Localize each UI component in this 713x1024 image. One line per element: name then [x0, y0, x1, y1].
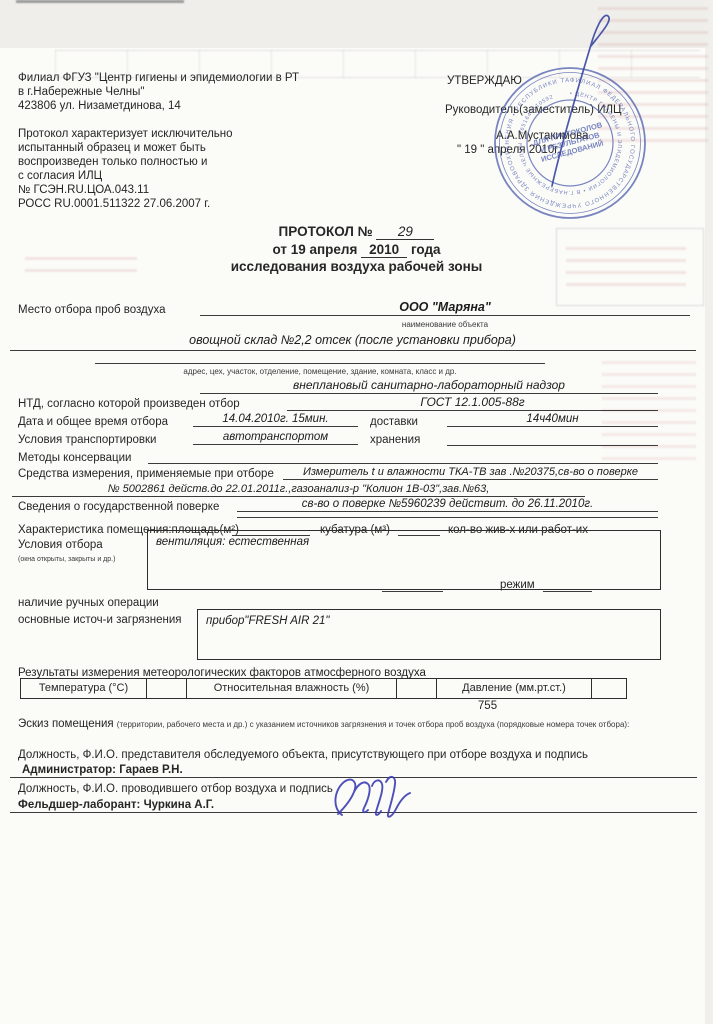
object-caption: адрес, цех, участок, отделение, помещени…	[95, 367, 545, 376]
meteo-col-temperature: Температура (°С)	[21, 679, 146, 698]
meteo-table: Температура (°С) Относительная влажность…	[20, 678, 627, 699]
sketch-label: Эскиз помещения	[18, 718, 114, 730]
verification-label: Сведения о государственной поверке	[18, 500, 219, 514]
meteo-cell-humidity-value	[396, 679, 436, 698]
datetime-value: 14.04.2010г. 15мин.	[193, 413, 358, 427]
place-label: Место отбора проб воздуха	[18, 303, 166, 317]
place-caption: наименование объекта	[200, 320, 690, 329]
datetime-label: Дата и общее время отбора	[18, 415, 168, 429]
sampler-label: Должность, Ф.И.О. проводившего отбор воз…	[18, 782, 333, 796]
supervision-value: внеплановый санитарно-лабораторный надзо…	[200, 378, 658, 394]
protocol-subject: исследования воздуха рабочей зоны	[0, 259, 713, 274]
sketch-row: Эскиз помещения (территории, рабочего ме…	[18, 717, 629, 732]
protocol-number: 29	[376, 224, 434, 240]
transport-label: Условия транспортировки	[18, 433, 156, 447]
org-line: воспроизведен только полностью и	[18, 155, 207, 169]
signature-churkina	[328, 770, 428, 820]
conditions-value: вентиляция: естественная	[156, 535, 309, 549]
transport-value: автотранспортом	[193, 431, 358, 445]
conservation-label: Методы консервации	[18, 451, 131, 465]
protocol-date-prefix: от 19 апреля	[272, 242, 357, 257]
instruments-value: Измеритель t и влажности ТКА-ТВ зав .№20…	[283, 466, 658, 480]
representative-value: Администратор: Гараев Р.Н.	[22, 763, 183, 777]
org-line: испытанный образец и может быть	[18, 141, 206, 155]
org-line: с согласия ИЛЦ	[18, 169, 102, 183]
instruments-label: Средства измерения, применяемые при отбо…	[18, 467, 274, 481]
delivery-label: доставки	[370, 415, 418, 429]
rule-line	[237, 517, 658, 518]
rule-line	[543, 591, 592, 592]
pen-stroke	[488, 0, 652, 195]
mode-label: режим	[500, 578, 535, 592]
object-value: овощной склад №2,2 отсек (после установк…	[10, 333, 695, 347]
instruments-value2: № 5002861 действ.до 22.01.2011г.,газоана…	[12, 483, 585, 497]
protocol-title-line1: ПРОТОКОЛ № 29	[0, 224, 713, 240]
protocol-title-line2: от 19 апреля 2010 года	[0, 242, 713, 257]
protocol-label: ПРОТОКОЛ №	[279, 224, 373, 239]
scan-right-edge	[705, 0, 713, 1024]
protocol-year: 2010	[361, 242, 407, 258]
manual-ops-label: наличие ручных операции	[18, 596, 159, 610]
storage-label: хранения	[370, 433, 420, 447]
org-line: Протокол характеризует исключительно	[18, 127, 233, 141]
rule-line	[10, 350, 696, 351]
meteo-col-pressure: Давление (мм.рт.ст.)	[436, 679, 591, 698]
verification-value: св-во о поверке №5960239 действит. до 26…	[237, 498, 658, 512]
meteo-cell-pressure-value	[591, 679, 626, 698]
place-value: ООО "Маряна"	[200, 300, 690, 316]
org-line: 423806 ул. Низаметдинова, 14	[18, 99, 181, 113]
meteo-col-humidity: Относительная влажность (%)	[186, 679, 396, 698]
conditions-caption: (окна открыты, закрыты и др.)	[18, 553, 115, 567]
storage-value	[447, 431, 658, 446]
pressure-note: 755	[440, 700, 535, 712]
representative-label: Должность, Ф.И.О. представителя обследуе…	[18, 748, 588, 762]
rule-line	[95, 363, 545, 364]
org-line: РОСС RU.0001.511322 27.06.2007 г.	[18, 197, 210, 211]
ntd-value: ГОСТ 12.1.005-88г	[287, 395, 658, 411]
sources-label: основные источ-и загрязнения	[18, 613, 181, 627]
sampler-value: Фельдшер-лаборант: Чуркина А.Г.	[18, 798, 214, 812]
org-line: Филиал ФГУЗ "Центр гигиены и эпидемиолог…	[18, 71, 299, 85]
org-line: в г.Набережные Челны"	[18, 85, 145, 99]
scanned-protocol-document: Филиал ФГУЗ "Центр гигиены и эпидемиолог…	[0, 0, 713, 1024]
delivery-value: 14ч40мин	[447, 413, 658, 427]
ntd-label: НТД, согласно которой произведен отбор	[18, 397, 240, 411]
conditions-label: Условия отбора	[18, 538, 103, 552]
protocol-date-suffix: года	[411, 242, 441, 257]
org-line: № ГСЭН.RU.ЦОА.043.11	[18, 183, 149, 197]
meteo-cell-temperature-value	[146, 679, 186, 698]
sketch-caption: (территории, рабочего места и др.) с ука…	[117, 720, 630, 729]
sources-value: прибор"FRESH AIR 21"	[206, 614, 329, 628]
rule-line	[148, 463, 658, 464]
rule-line	[382, 591, 443, 592]
